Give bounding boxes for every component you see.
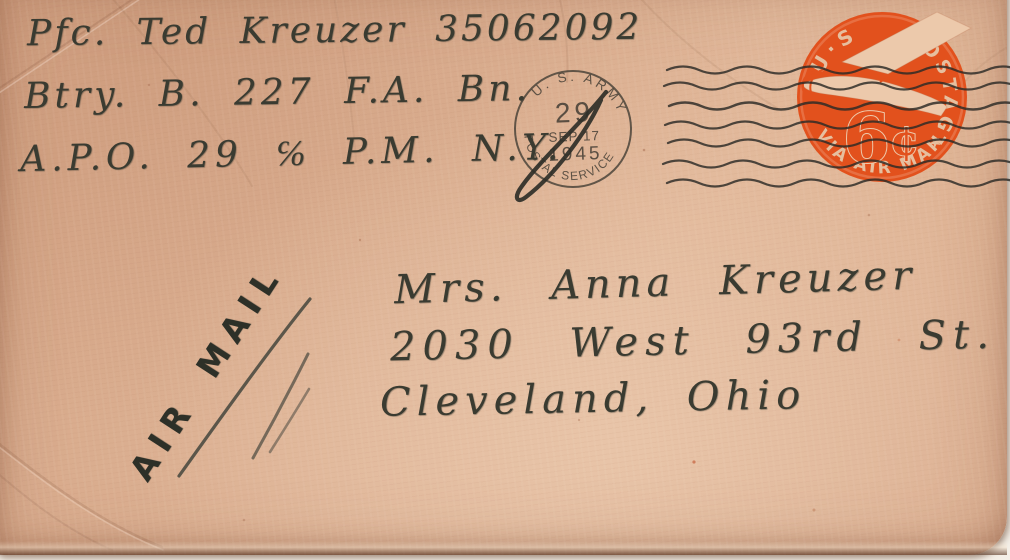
- postmark-day: 29: [554, 96, 594, 128]
- return-address-line-1: Pfc. Ted Kreuzer 35062092: [27, 7, 643, 54]
- airmail-stamp: U·S· POSTAGE ★ VIA AIR MAIL 6¢: [785, 4, 985, 190]
- envelope-paper: U·S· POSTAGE ★ VIA AIR MAIL 6¢: [0, 0, 1007, 555]
- scanned-envelope: U·S· POSTAGE ★ VIA AIR MAIL 6¢: [0, 0, 1010, 560]
- recipient-address-line-1: Mrs. Anna Kreuzer: [393, 253, 916, 314]
- return-address-line-2: Btry. B. 227 F.A. Bn.: [24, 68, 531, 117]
- envelope-bottom-edge: [0, 541, 1007, 555]
- return-address-line-3: A.P.O. 29 ℅ P.M. N.Y.: [20, 126, 564, 180]
- airmail-annotation: AIR MAIL: [121, 256, 290, 487]
- recipient-address-line-2: 2030 West 93rd St.: [390, 312, 997, 371]
- recipient-address-line-3: Cleveland, Ohio: [380, 372, 807, 425]
